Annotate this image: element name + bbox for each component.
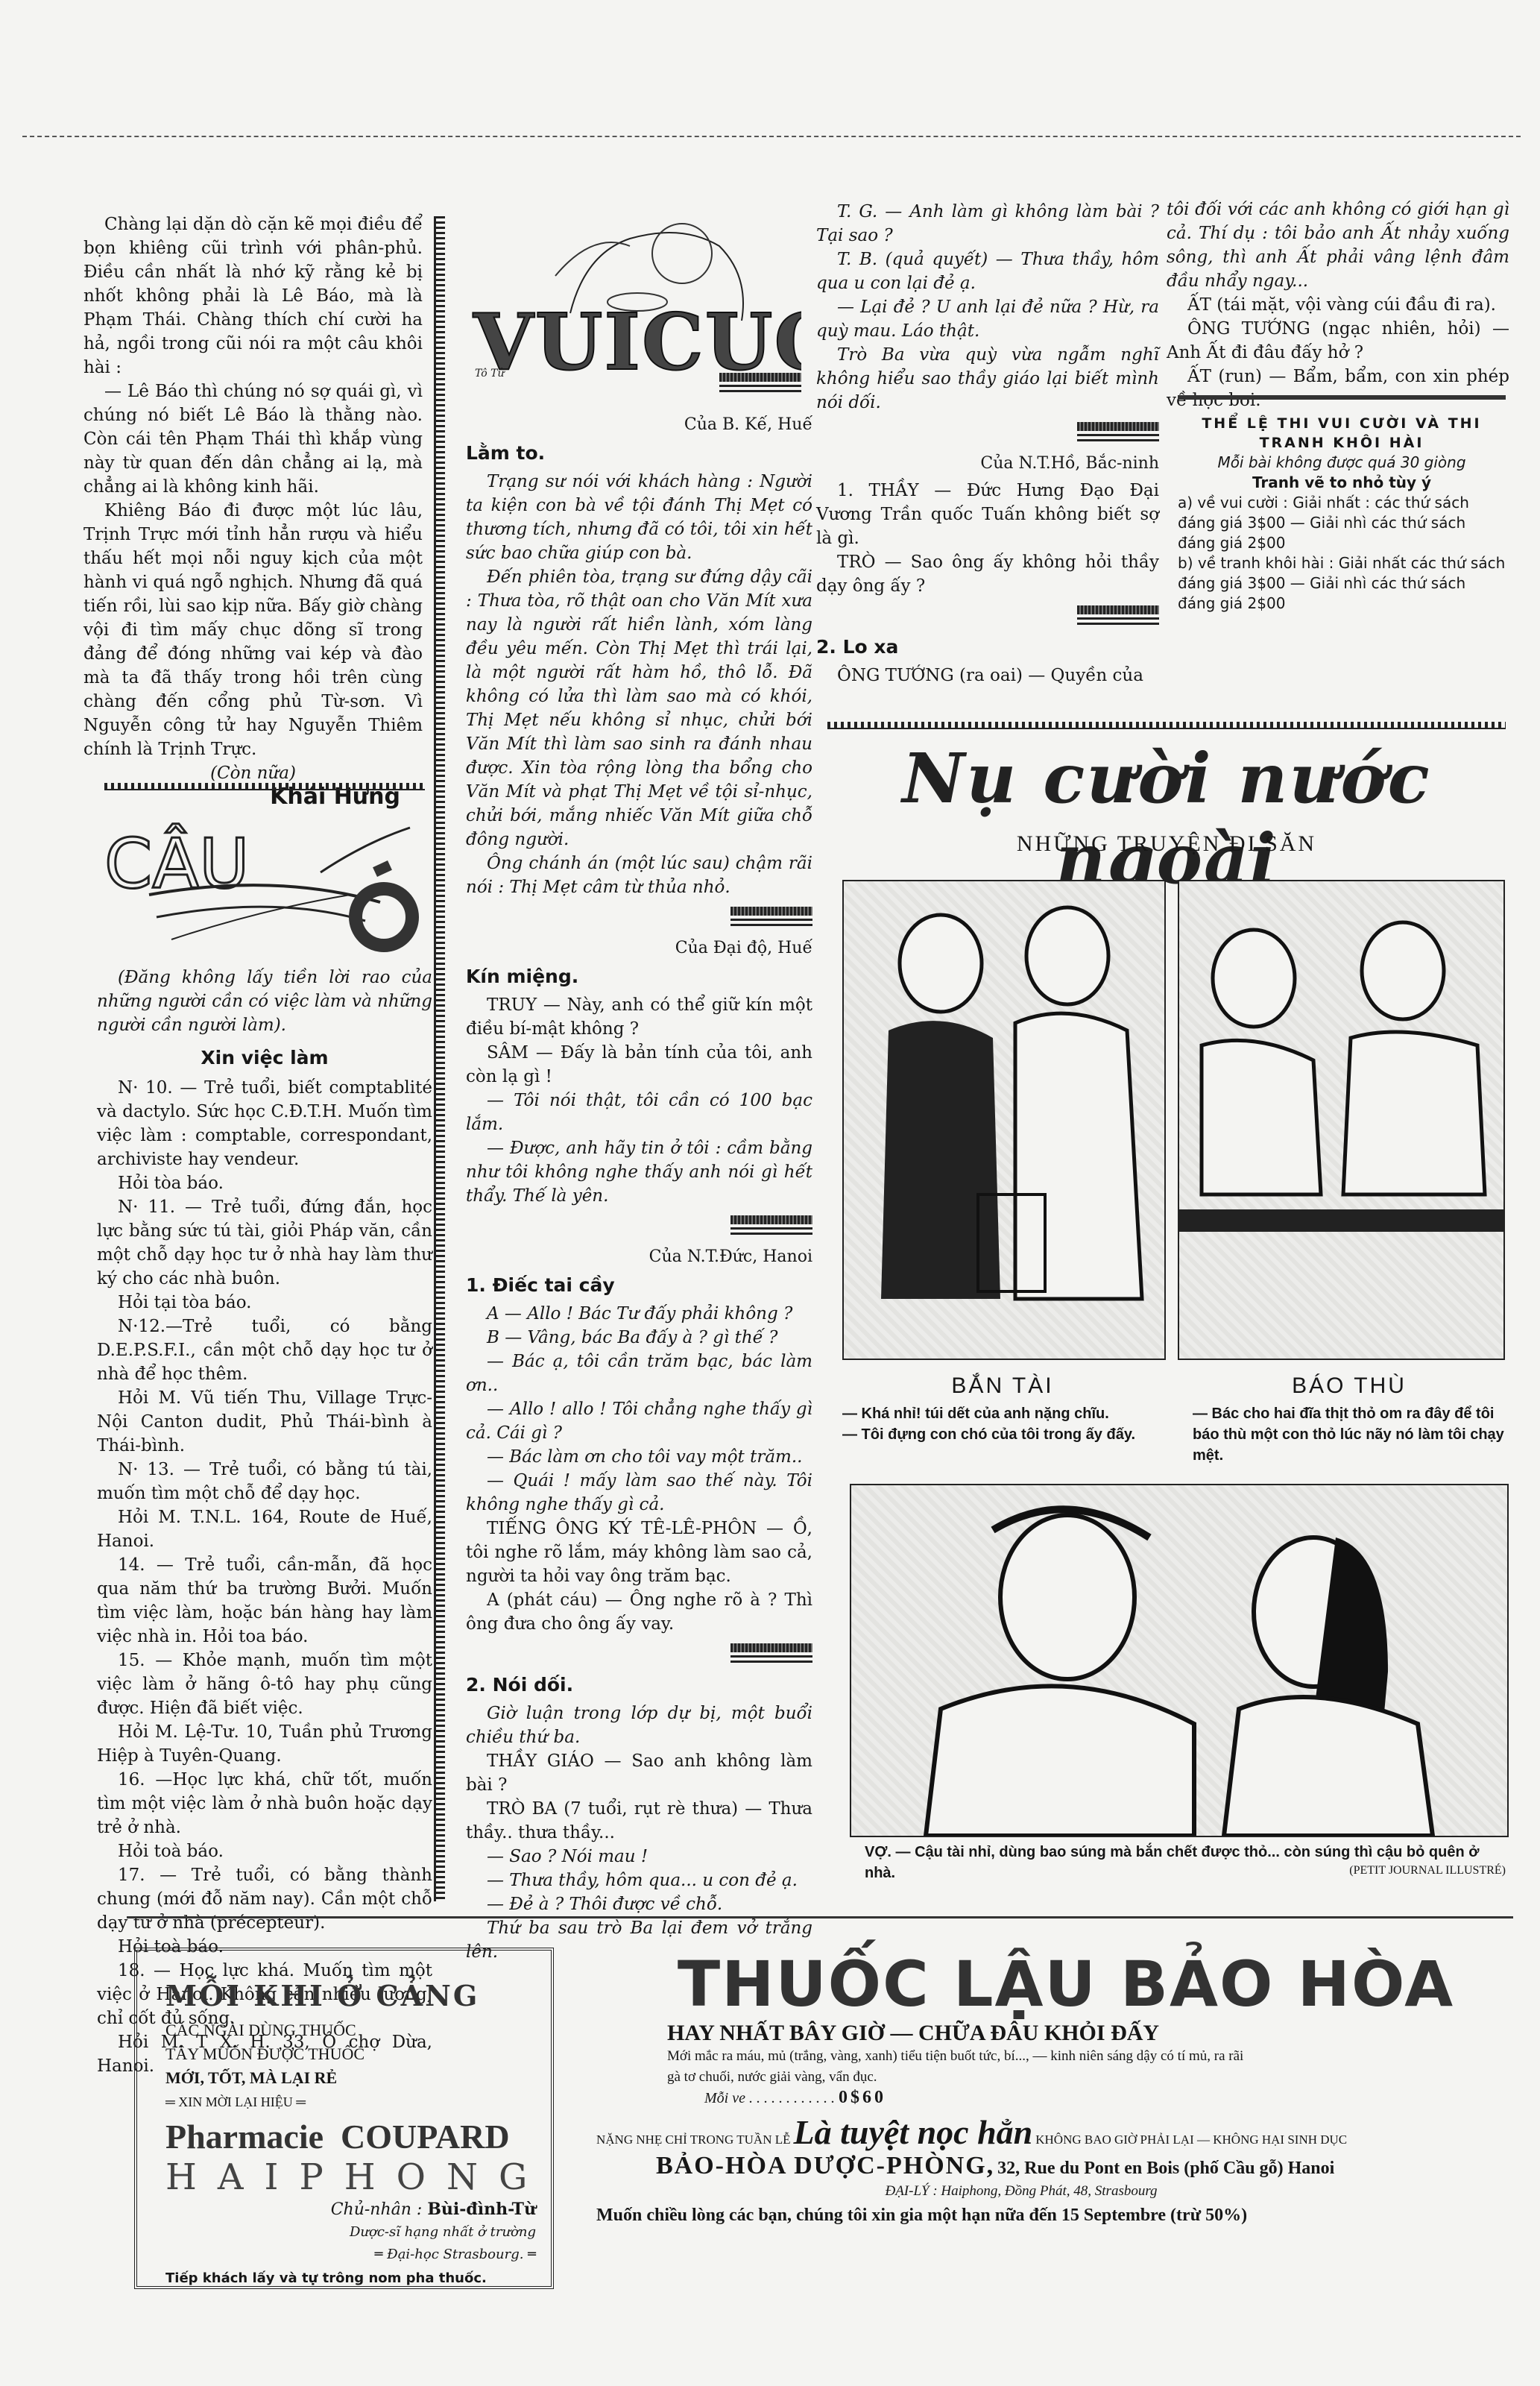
cartoon-caption: — Bác cho hai đĩa thịt thỏ om ra đây để … — [1193, 1403, 1513, 1466]
joke-line: — Tôi nói thật, tôi cần có 100 bạc lắm. — [466, 1089, 812, 1136]
joke-line: ÔNG TƯỚNG (ra oai) — Quyền của — [816, 664, 1159, 687]
joke-line: Ông chánh án (một lúc sau) chậm rãi nói … — [466, 852, 812, 899]
jokes-column-4: tôi đối với các anh không có giới hạn gì… — [1167, 198, 1509, 412]
ad-promo: Muốn chiều lòng các bạn, chúng tôi xin g… — [596, 2206, 1536, 2226]
job-ad: N· 13. — Trẻ tuổi, có bằng tú tài, muốn … — [97, 1458, 432, 1505]
continued-note: (Còn nữa) — [83, 761, 423, 785]
joke-line: SÂM — Đấy là bản tính của tôi, anh còn l… — [466, 1041, 812, 1089]
hunters-illustration-icon — [844, 881, 1164, 1359]
joke-line: T. G. — Anh làm gì không làm bài ? Tại s… — [816, 200, 1159, 248]
source-credit: (PETIT JOURNAL ILLUSTRÉ) — [1297, 1864, 1506, 1877]
joke-line: — Allo ! allo ! Tôi chẳng nghe thấy gì c… — [466, 1397, 812, 1445]
joke-line: TIẾNG ÔNG KÝ TÊ-LÊ-PHÔN — Ồ, tôi nghe rõ… — [466, 1517, 812, 1588]
bao-hoa-ad: THUỐC LẬU BẢO HÒA HAY NHẤT BÂY GIỜ — CHỮ… — [596, 1948, 1536, 2226]
joke-byline: Của N.T.Hồ, Bắc-ninh — [816, 452, 1159, 476]
job-ad: 15. — Khỏe mạnh, muốn tìm một việc làm ở… — [97, 1649, 432, 1720]
cartoon-caption-line: — Tôi đựng con chó của tôi trong ấy đấy. — [842, 1424, 1170, 1445]
joke-title: Lằm to. — [466, 441, 812, 465]
jokes-column-3: T. G. — Anh làm gì không làm bài ? Tại s… — [816, 200, 1159, 687]
contest-rule-size: Tranh vẽ to nhỏ tùy ý — [1178, 473, 1506, 493]
job-contact: Hỏi toà báo. — [97, 1839, 432, 1863]
joke-line: — Đẻ à ? Thôi được về chỗ. — [466, 1892, 812, 1916]
vui-cuoi-header: VUICUOI Tô Tử — [458, 201, 801, 403]
job-contact: Hỏi M. Vũ tiến Thu, Village Trực-Nội Can… — [97, 1386, 432, 1458]
column-border — [434, 216, 445, 1901]
joke-line: THẦY GIÁO — Sao anh không làm bài ? — [466, 1749, 812, 1797]
pharmacy-city: HAIPHONG — [165, 2156, 551, 2198]
joke-title: 2. Lo xa — [816, 635, 1159, 659]
story-paragraph: Khiêng Báo đi được một lúc lâu, Trịnh Tr… — [83, 499, 423, 761]
section-rule — [1178, 395, 1506, 400]
cartoon-bao-thu — [1178, 880, 1505, 1360]
cartoon-title: BẮN TÀI — [842, 1373, 1163, 1399]
ad-subheadline: HAY NHẤT BÂY GIỜ — CHỮA ĐÂU KHỎI ĐẤY — [667, 2021, 1536, 2046]
pharmacy-footer: Tiếp khách lấy và tự trông nom pha thuốc… — [165, 2270, 551, 2286]
ad-line: CÁC NGÀI DÙNG THUỐC — [165, 2018, 551, 2042]
ad-line: MỚI, TỐT, MÀ LẠI RẺ — [165, 2066, 551, 2090]
contest-rules: THỂ LỆ THI VUI CƯỜI VÀ THI TRANH KHÔI HÀ… — [1178, 414, 1506, 614]
joke-line: ÔNG TƯỚNG (ngạc nhiên, hỏi) — Anh Ất đi … — [1167, 317, 1509, 365]
joke-line: — Sao ? Nói mau ! — [466, 1845, 812, 1869]
ad-description: Mới mắc ra máu, mủ (trắng, vàng, xanh) t… — [667, 2046, 1249, 2088]
section-rule — [127, 1916, 1513, 1918]
joke-line: Trò Ba vừa quỳ vừa ngẫm nghĩ không hiểu … — [816, 343, 1159, 415]
ad-shop-address: BẢO-HÒA DƯỢC-PHÒNG, 32, Rue du Pont en B… — [656, 2152, 1536, 2180]
joke-line: — Quái ! mấy làm sao thế này. Tôi không … — [466, 1469, 812, 1517]
ad-headline: MỖI KHI Ở CẢNG — [165, 1979, 551, 2012]
contest-rule-drawings: b) về tranh khôi hài : Giải nhất các thứ… — [1178, 553, 1506, 614]
job-contact: Hỏi tòa báo. — [97, 1171, 432, 1195]
ad-lines: CÁC NGÀI DÙNG THUỐC TÂY MUỐN ĐƯỢC THUỐC … — [165, 2018, 551, 2114]
joke-line: Giờ luận trong lớp dự bị, một buổi chiều… — [466, 1702, 812, 1749]
contest-rules-title: THỂ LỆ THI VUI CƯỜI VÀ THI TRANH KHÔI HÀ… — [1178, 414, 1506, 453]
joke-line: — Được, anh hãy tin ở tôi : cầm bằng như… — [466, 1136, 812, 1208]
pharmacy-name: Pharmacie COUPARD — [165, 2117, 551, 2156]
job-contact: Hỏi M. T.N.L. 164, Route de Huế, Hanoi. — [97, 1505, 432, 1553]
ornament-divider — [719, 373, 801, 395]
joke-line: TRUY — Này, anh có thể giữ kín một điều … — [466, 993, 812, 1041]
job-ad: 14. — Trẻ tuổi, cần-mẫn, đã học qua năm … — [97, 1553, 432, 1649]
job-contact: Hỏi M. Lệ-Tư. 10, Tuần phủ Trương Hiệp à… — [97, 1720, 432, 1768]
joke-title: 2. Nói dối. — [466, 1673, 812, 1697]
job-ad: N· 10. — Trẻ tuổi, biết comptablité và d… — [97, 1076, 432, 1171]
joke-line: ẤT (tái mặt, vội vàng cúi đầu đi ra). — [1167, 293, 1509, 317]
ornament-divider — [730, 1643, 812, 1666]
ornament-divider — [730, 907, 812, 929]
job-section-title: Xin việc làm — [97, 1046, 432, 1070]
cartoon-ban-tai — [842, 880, 1166, 1360]
contest-rule-length: Mỗi bài không được quá 30 giòng — [1178, 453, 1506, 473]
job-listings: (Đăng không lấy tiền lời rao của những n… — [97, 966, 432, 2078]
job-intro: (Đăng không lấy tiền lời rao của những n… — [97, 966, 432, 1037]
ad-price-row: Mỗi ve . . . . . . . . . . . . 0$60 — [704, 2088, 1536, 2108]
joke-line: A — Allo ! Bác Tư đấy phải không ? — [466, 1302, 812, 1326]
joke-byline: Của Đại độ, Huế — [466, 937, 812, 960]
joke-line: T. B. (quả quyết) — Thưa thầy, hôm qua u… — [816, 248, 1159, 295]
ornament-divider — [1077, 422, 1159, 444]
foreign-humor-subhead: NHỮNG TRUYỆN ĐI SĂN — [827, 831, 1506, 857]
ornament-divider — [730, 1215, 812, 1238]
ad-line: TÂY MUỐN ĐƯỢC THUỐC — [165, 2042, 551, 2066]
jokes-column: Của B. Kế, Huế Lằm to. Trạng sư nói với … — [466, 410, 812, 1964]
joke-line: B — Vâng, bác Ba đấy à ? gì thế ? — [466, 1326, 812, 1350]
ad-price: 0$60 — [839, 2088, 886, 2107]
ad-tagline: NẶNG NHẸ CHỈ TRONG TUẦN LỄ Là tuyệt nọc … — [596, 2112, 1536, 2152]
joke-line: Trạng sư nói với khách hàng : Người ta k… — [466, 470, 812, 565]
joke-line: — Bác ạ, tôi cần trăm bạc, bác làm ơn.. — [466, 1350, 812, 1397]
job-contact: Hỏi tại tòa báo. — [97, 1291, 432, 1315]
job-ad: N· 11. — Trẻ tuổi, đứng đắn, học lực bằn… — [97, 1195, 432, 1291]
joke-line: — Bác làm ơn cho tôi vay một trăm.. — [466, 1445, 812, 1469]
joke-line: tôi đối với các anh không có giới hạn gì… — [1167, 198, 1509, 293]
job-ad: 17. — Trẻ tuổi, có bằng thành chung (mới… — [97, 1863, 432, 1935]
cau-o-logo-icon: CÂU — [97, 813, 425, 954]
couple-illustration-icon — [851, 1485, 1507, 1836]
joke-line: ẤT (run) — Bẩm, bẩm, con xin phép về học… — [1167, 365, 1509, 412]
pharmacie-coupard-ad: MỖI KHI Ở CẢNG CÁC NGÀI DÙNG THUỐC TÂY M… — [134, 1948, 554, 2289]
story-paragraph: Chàng lại dặn dò cặn kẽ mọi điều để bọn … — [83, 213, 423, 380]
story-paragraph: — Lê Báo thì chúng nó sợ quái gì, vì chú… — [83, 380, 423, 499]
joke-byline: Của N.T.Đức, Hanoi — [466, 1245, 812, 1269]
ad-agent: ĐẠI-LÝ : Haiphong, Đồng Phát, 48, Strasb… — [507, 2183, 1536, 2200]
contest-rule-jokes: a) về vui cười : Giải nhất : các thứ sác… — [1178, 493, 1506, 553]
joke-line: TRÒ — Sao ông ấy không hỏi thầy dạy ông … — [816, 550, 1159, 598]
joke-title: 1. Điếc tai cầy — [466, 1274, 812, 1297]
ad-headline: THUỐC LẬU BẢO HÒA — [596, 1948, 1536, 2021]
cartoon-wife — [850, 1484, 1509, 1837]
ad-line: ═ XIN MỜI LẠI HIỆU ═ — [165, 2090, 551, 2114]
ornament-divider — [1077, 605, 1159, 628]
cartoon-title: BÁO THÙ — [1193, 1373, 1506, 1399]
wavy-divider — [827, 722, 1506, 729]
joke-line: TRÒ BA (7 tuổi, rụt rè thưa) — Thưa thầy… — [466, 1797, 812, 1845]
pharmacy-owner: Chủ-nhân : Bùi-đình-Từ Dược-sĩ hạng nhất… — [137, 2198, 536, 2266]
cartoon-caption: — Khá nhỉ! túi dết của anh nặng chĩu. — … — [842, 1403, 1170, 1445]
joke-byline: Của B. Kế, Huế — [466, 413, 812, 437]
joke-line: — Thưa thầy, hôm qua... u con đẻ ạ. — [466, 1869, 812, 1892]
wavy-divider — [104, 783, 425, 790]
page-top-rule — [22, 136, 1521, 137]
joke-line: 1. THẦY — Đức Hưng Đạo Đại Vương Trần qu… — [816, 479, 1159, 550]
joke-title: Kín miệng. — [466, 965, 812, 989]
cartoon-caption-line: — Khá nhỉ! túi dết của anh nặng chĩu. — [842, 1403, 1170, 1424]
cau-o-logo: CÂU — [97, 813, 425, 954]
svg-text:Tô Tử: Tô Tử — [475, 367, 505, 380]
job-ad: 16. —Học lực khá, chữ tốt, muốn tìm một … — [97, 1768, 432, 1839]
joke-line: — Lại đẻ ? U anh lại đẻ nữa ? Hừ, ra quỳ… — [816, 295, 1159, 343]
joke-line: A (phát cáu) — Ông nghe rõ à ? Thì ông đ… — [466, 1588, 812, 1636]
foreign-humor-headline: Nụ cười nước ngoài — [827, 738, 1506, 899]
serial-story: Chàng lại dặn dò cặn kẽ mọi điều để bọn … — [83, 213, 423, 809]
joke-line: Đến phiên tòa, trạng sư đứng dậy cãi : T… — [466, 565, 812, 852]
job-ad: N·12.—Trẻ tuổi, có bằng D.E.P.S.F.I., cầ… — [97, 1315, 432, 1386]
diners-illustration-icon — [1179, 881, 1503, 1359]
